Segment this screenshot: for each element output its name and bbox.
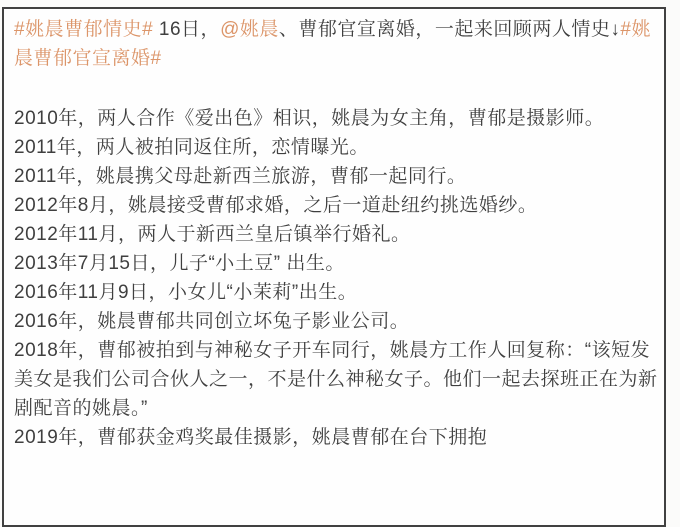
timeline-entry: 2013年7月15日，儿子“小土豆” 出生。 (14, 249, 662, 278)
hashtag-link[interactable]: #姚晨曹郁情史# (14, 19, 153, 40)
timeline-entry: 2011年，两人被拍同返住所，恋情曝光。 (14, 133, 662, 162)
timeline-entry: 2012年8月，姚晨接受曹郁求婚，之后一道赴纽约挑选婚纱。 (14, 191, 662, 220)
timeline-list: 2010年，两人合作《爱出色》相识，姚晨为女主角，曹郁是摄影师。2011年，两人… (14, 104, 662, 435)
timeline-entry: 2010年，两人合作《爱出色》相识，姚晨为女主角，曹郁是摄影师。 (14, 104, 662, 133)
header-text: 、曹郁官宣离婚，一起来回顾两人情史↓ (279, 19, 621, 40)
timeline-entry: 2019年，曹郁获金鸡奖最佳摄影，姚晨曹郁在台下拥抱 (14, 423, 662, 435)
post-header: #姚晨曹郁情史# 16日，@姚晨、曹郁官宣离婚，一起来回顾两人情史↓#姚晨曹郁官… (14, 15, 662, 73)
header-text: 16日， (153, 19, 220, 40)
timeline-entry: 2016年，姚晨曹郁共同创立坏兔子影业公司。 (14, 307, 662, 336)
timeline-entry: 2012年11月，两人于新西兰皇后镇举行婚礼。 (14, 220, 662, 249)
timeline-entry: 2011年，姚晨携父母赴新西兰旅游，曹郁一起同行。 (14, 162, 662, 191)
timeline-entry: 2018年，曹郁被拍到与神秘女子开车同行，姚晨方工作人回复称：“该短发美女是我们… (14, 336, 662, 423)
mention-link[interactable]: @姚晨 (220, 19, 279, 40)
post-card: #姚晨曹郁情史# 16日，@姚晨、曹郁官宣离婚，一起来回顾两人情史↓#姚晨曹郁官… (2, 7, 666, 435)
timeline-entry: 2016年11月9日，小女儿“小茉莉”出生。 (14, 278, 662, 307)
